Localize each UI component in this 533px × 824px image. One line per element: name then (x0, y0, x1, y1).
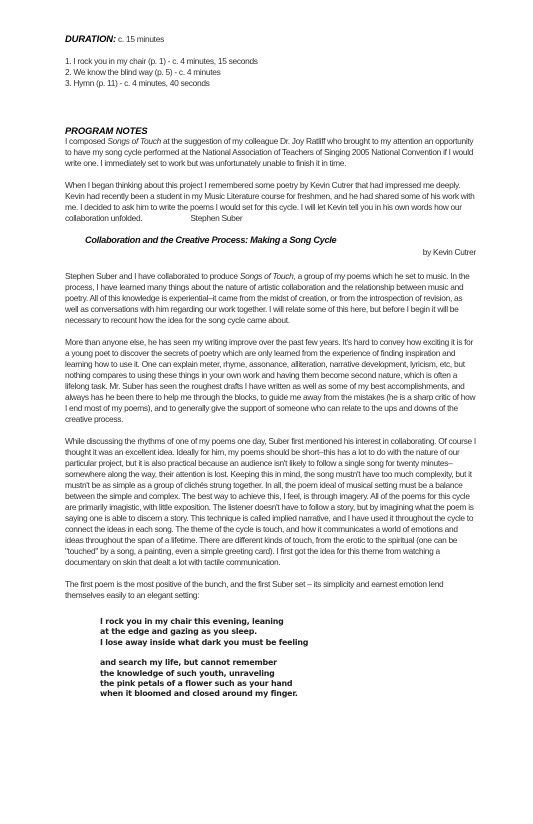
poem-line: the knowledge of such youth, unraveling (100, 669, 476, 679)
movement-duration-list: 1. I rock you in my chair (p. 1) - c. 4 … (65, 56, 476, 89)
poem-excerpt: I rock you in my chair this evening, lea… (100, 617, 476, 700)
work-title: Songs of Touch (240, 271, 294, 281)
poem-line: the pink petals of a flower such as your… (100, 679, 476, 689)
poem-line: I lose away inside what dark you must be… (100, 638, 476, 648)
movement-duration-item: 2. We know the blind way (p. 5) - c. 4 m… (65, 67, 476, 78)
program-notes-page: DURATION: c. 15 minutes 1. I rock you in… (0, 0, 533, 824)
movement-duration-item: 3. Hymn (p. 11) - c. 4 minutes, 40 secon… (65, 78, 476, 89)
movement-duration-item: 1. I rock you in my chair (p. 1) - c. 4 … (65, 56, 476, 67)
text-segment: When I began thinking about this project… (65, 180, 474, 223)
poem-line: I rock you in my chair this evening, lea… (100, 617, 476, 627)
duration-value: c. 15 minutes (118, 34, 164, 44)
text-segment: Stephen Suber and I have collaborated to… (65, 271, 240, 281)
poem-line: when it bloomed and closed around my fin… (100, 689, 476, 699)
essay-byline: by Kevin Cutrer (65, 247, 476, 258)
poem-line: at the edge and gazing as you sleep. (100, 627, 476, 637)
essay-paragraph-2: More than anyone else, he has seen my wr… (65, 337, 476, 425)
poem-stanza-2: and search my life, but cannot remembert… (100, 658, 476, 700)
duration-line: DURATION: c. 15 minutes (65, 33, 476, 45)
work-title: Songs of Touch (107, 136, 161, 146)
text-segment: More than anyone else, he has seen my wr… (65, 337, 475, 424)
poem-line: and search my life, but cannot remember (100, 658, 476, 668)
essay-paragraph-4: The first poem is the most positive of t… (65, 579, 476, 601)
author-signature: Stephen Suber (190, 213, 242, 223)
poem-stanza-1: I rock you in my chair this evening, lea… (100, 617, 476, 648)
essay-title: Collaboration and the Creative Process: … (65, 235, 476, 246)
text-segment: The first poem is the most positive of t… (65, 579, 443, 600)
text-segment: I composed (65, 136, 107, 146)
duration-label: DURATION: (65, 33, 116, 44)
program-notes-heading: PROGRAM NOTES (65, 125, 476, 136)
program-notes-paragraph-1: I composed Songs of Touch at the suggest… (65, 136, 476, 169)
program-notes-paragraph-2: When I began thinking about this project… (65, 180, 476, 224)
essay-paragraph-3: While discussing the rhythms of one of m… (65, 436, 476, 568)
text-segment: While discussing the rhythms of one of m… (65, 436, 476, 567)
essay-paragraph-1: Stephen Suber and I have collaborated to… (65, 271, 476, 326)
